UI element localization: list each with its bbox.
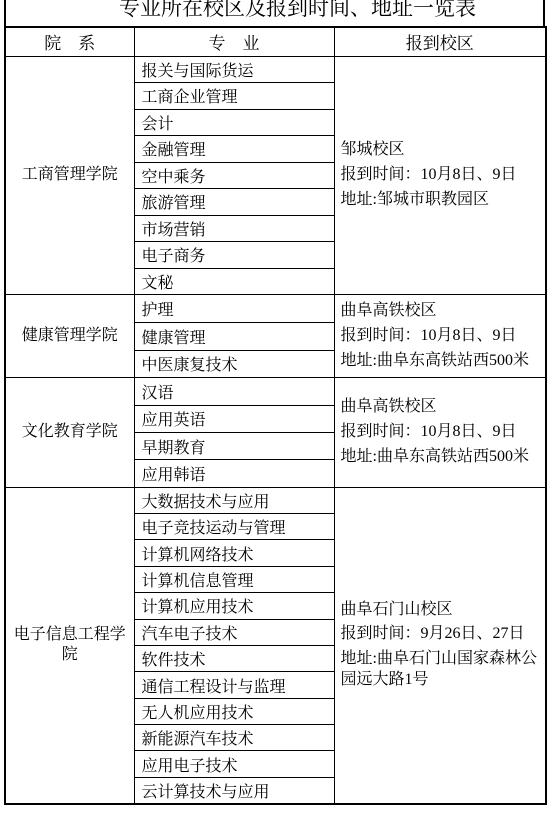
header-row: 院 系 专 业 报到校区 bbox=[5, 27, 546, 56]
major-cell: 空中乘务 bbox=[134, 162, 334, 189]
campus-table: 院 系 专 业 报到校区 工商管理学院 报关与国际货运 邹城校区 报到时间：10… bbox=[4, 26, 547, 805]
header-major: 专 业 bbox=[134, 27, 334, 56]
major-cell: 计算机信息管理 bbox=[134, 566, 334, 592]
major-cell: 电子商务 bbox=[134, 242, 334, 269]
table-row: 电子信息工程学院 大数据技术与应用 曲阜石门山校区 报到时间：9月26日、27日… bbox=[5, 487, 546, 513]
campus-cell: 曲阜高铁校区 报到时间：10月8日、9日 地址:曲阜东高铁站西500米 bbox=[334, 378, 546, 487]
report-time: 报到时间：10月8日、9日 bbox=[341, 165, 544, 186]
major-cell: 旅游管理 bbox=[134, 189, 334, 216]
major-cell: 大数据技术与应用 bbox=[134, 487, 334, 513]
table-row: 工商管理学院 报关与国际货运 邹城校区 报到时间：10月8日、9日 地址:邹城市… bbox=[5, 56, 546, 83]
major-cell: 计算机应用技术 bbox=[134, 593, 334, 619]
college-cell: 文化教育学院 bbox=[5, 378, 134, 487]
major-cell: 健康管理 bbox=[134, 322, 334, 350]
report-address: 地址:曲阜石门山国家森林公园远大路1号 bbox=[341, 649, 544, 691]
campus-name: 曲阜高铁校区 bbox=[341, 397, 544, 418]
report-address: 地址:邹城市职教园区 bbox=[341, 190, 544, 211]
report-address: 地址:曲阜东高铁站西500米 bbox=[341, 351, 544, 372]
report-time: 报到时间：10月8日、9日 bbox=[341, 422, 544, 443]
table-row: 健康管理学院 护理 曲阜高铁校区 报到时间：10月8日、9日 地址:曲阜东高铁站… bbox=[5, 295, 546, 323]
report-address: 地址:曲阜东高铁站西500米 bbox=[341, 447, 544, 468]
major-cell: 文秘 bbox=[134, 268, 334, 295]
major-cell: 护理 bbox=[134, 295, 334, 323]
college-cell: 工商管理学院 bbox=[5, 56, 134, 295]
major-cell: 应用英语 bbox=[134, 405, 334, 432]
campus-name: 曲阜石门山校区 bbox=[341, 600, 544, 621]
major-cell: 通信工程设计与监理 bbox=[134, 672, 334, 698]
major-cell: 软件技术 bbox=[134, 645, 334, 671]
header-college: 院 系 bbox=[5, 27, 134, 56]
major-cell: 应用韩语 bbox=[134, 460, 334, 487]
major-cell: 市场营销 bbox=[134, 215, 334, 242]
campus-name: 曲阜高铁校区 bbox=[341, 301, 544, 322]
table-title: 专业所在校区及报到时间、地址一览表 bbox=[4, 0, 545, 26]
college-cell: 电子信息工程学院 bbox=[5, 487, 134, 804]
major-cell: 云计算技术与应用 bbox=[134, 777, 334, 804]
college-cell: 健康管理学院 bbox=[5, 295, 134, 378]
report-time: 报到时间：10月8日、9日 bbox=[341, 326, 544, 347]
major-cell: 新能源汽车技术 bbox=[134, 725, 334, 751]
table-title-text: 专业所在校区及报到时间、地址一览表 bbox=[6, 0, 543, 21]
major-cell: 应用电子技术 bbox=[134, 751, 334, 777]
major-cell: 计算机网络技术 bbox=[134, 540, 334, 566]
campus-cell: 曲阜石门山校区 报到时间：9月26日、27日 地址:曲阜石门山国家森林公园远大路… bbox=[334, 487, 546, 804]
major-cell: 工商企业管理 bbox=[134, 83, 334, 110]
major-cell: 无人机应用技术 bbox=[134, 698, 334, 724]
major-cell: 会计 bbox=[134, 109, 334, 136]
report-time: 报到时间：9月26日、27日 bbox=[341, 624, 544, 645]
major-cell: 早期教育 bbox=[134, 432, 334, 459]
campus-name: 邹城校区 bbox=[341, 140, 544, 161]
campus-cell: 曲阜高铁校区 报到时间：10月8日、9日 地址:曲阜东高铁站西500米 bbox=[334, 295, 546, 378]
major-cell: 汽车电子技术 bbox=[134, 619, 334, 645]
major-cell: 金融管理 bbox=[134, 136, 334, 163]
major-cell: 汉语 bbox=[134, 378, 334, 405]
major-cell: 报关与国际货运 bbox=[134, 56, 334, 83]
header-campus: 报到校区 bbox=[334, 27, 546, 56]
major-cell: 电子竞技运动与管理 bbox=[134, 513, 334, 539]
table-row: 文化教育学院 汉语 曲阜高铁校区 报到时间：10月8日、9日 地址:曲阜东高铁站… bbox=[5, 378, 546, 405]
page: 专业所在校区及报到时间、地址一览表 院 系 专 业 报到校区 工商管理学院 报关… bbox=[0, 0, 545, 805]
campus-cell: 邹城校区 报到时间：10月8日、9日 地址:邹城市职教园区 bbox=[334, 56, 546, 295]
major-cell: 中医康复技术 bbox=[134, 350, 334, 378]
